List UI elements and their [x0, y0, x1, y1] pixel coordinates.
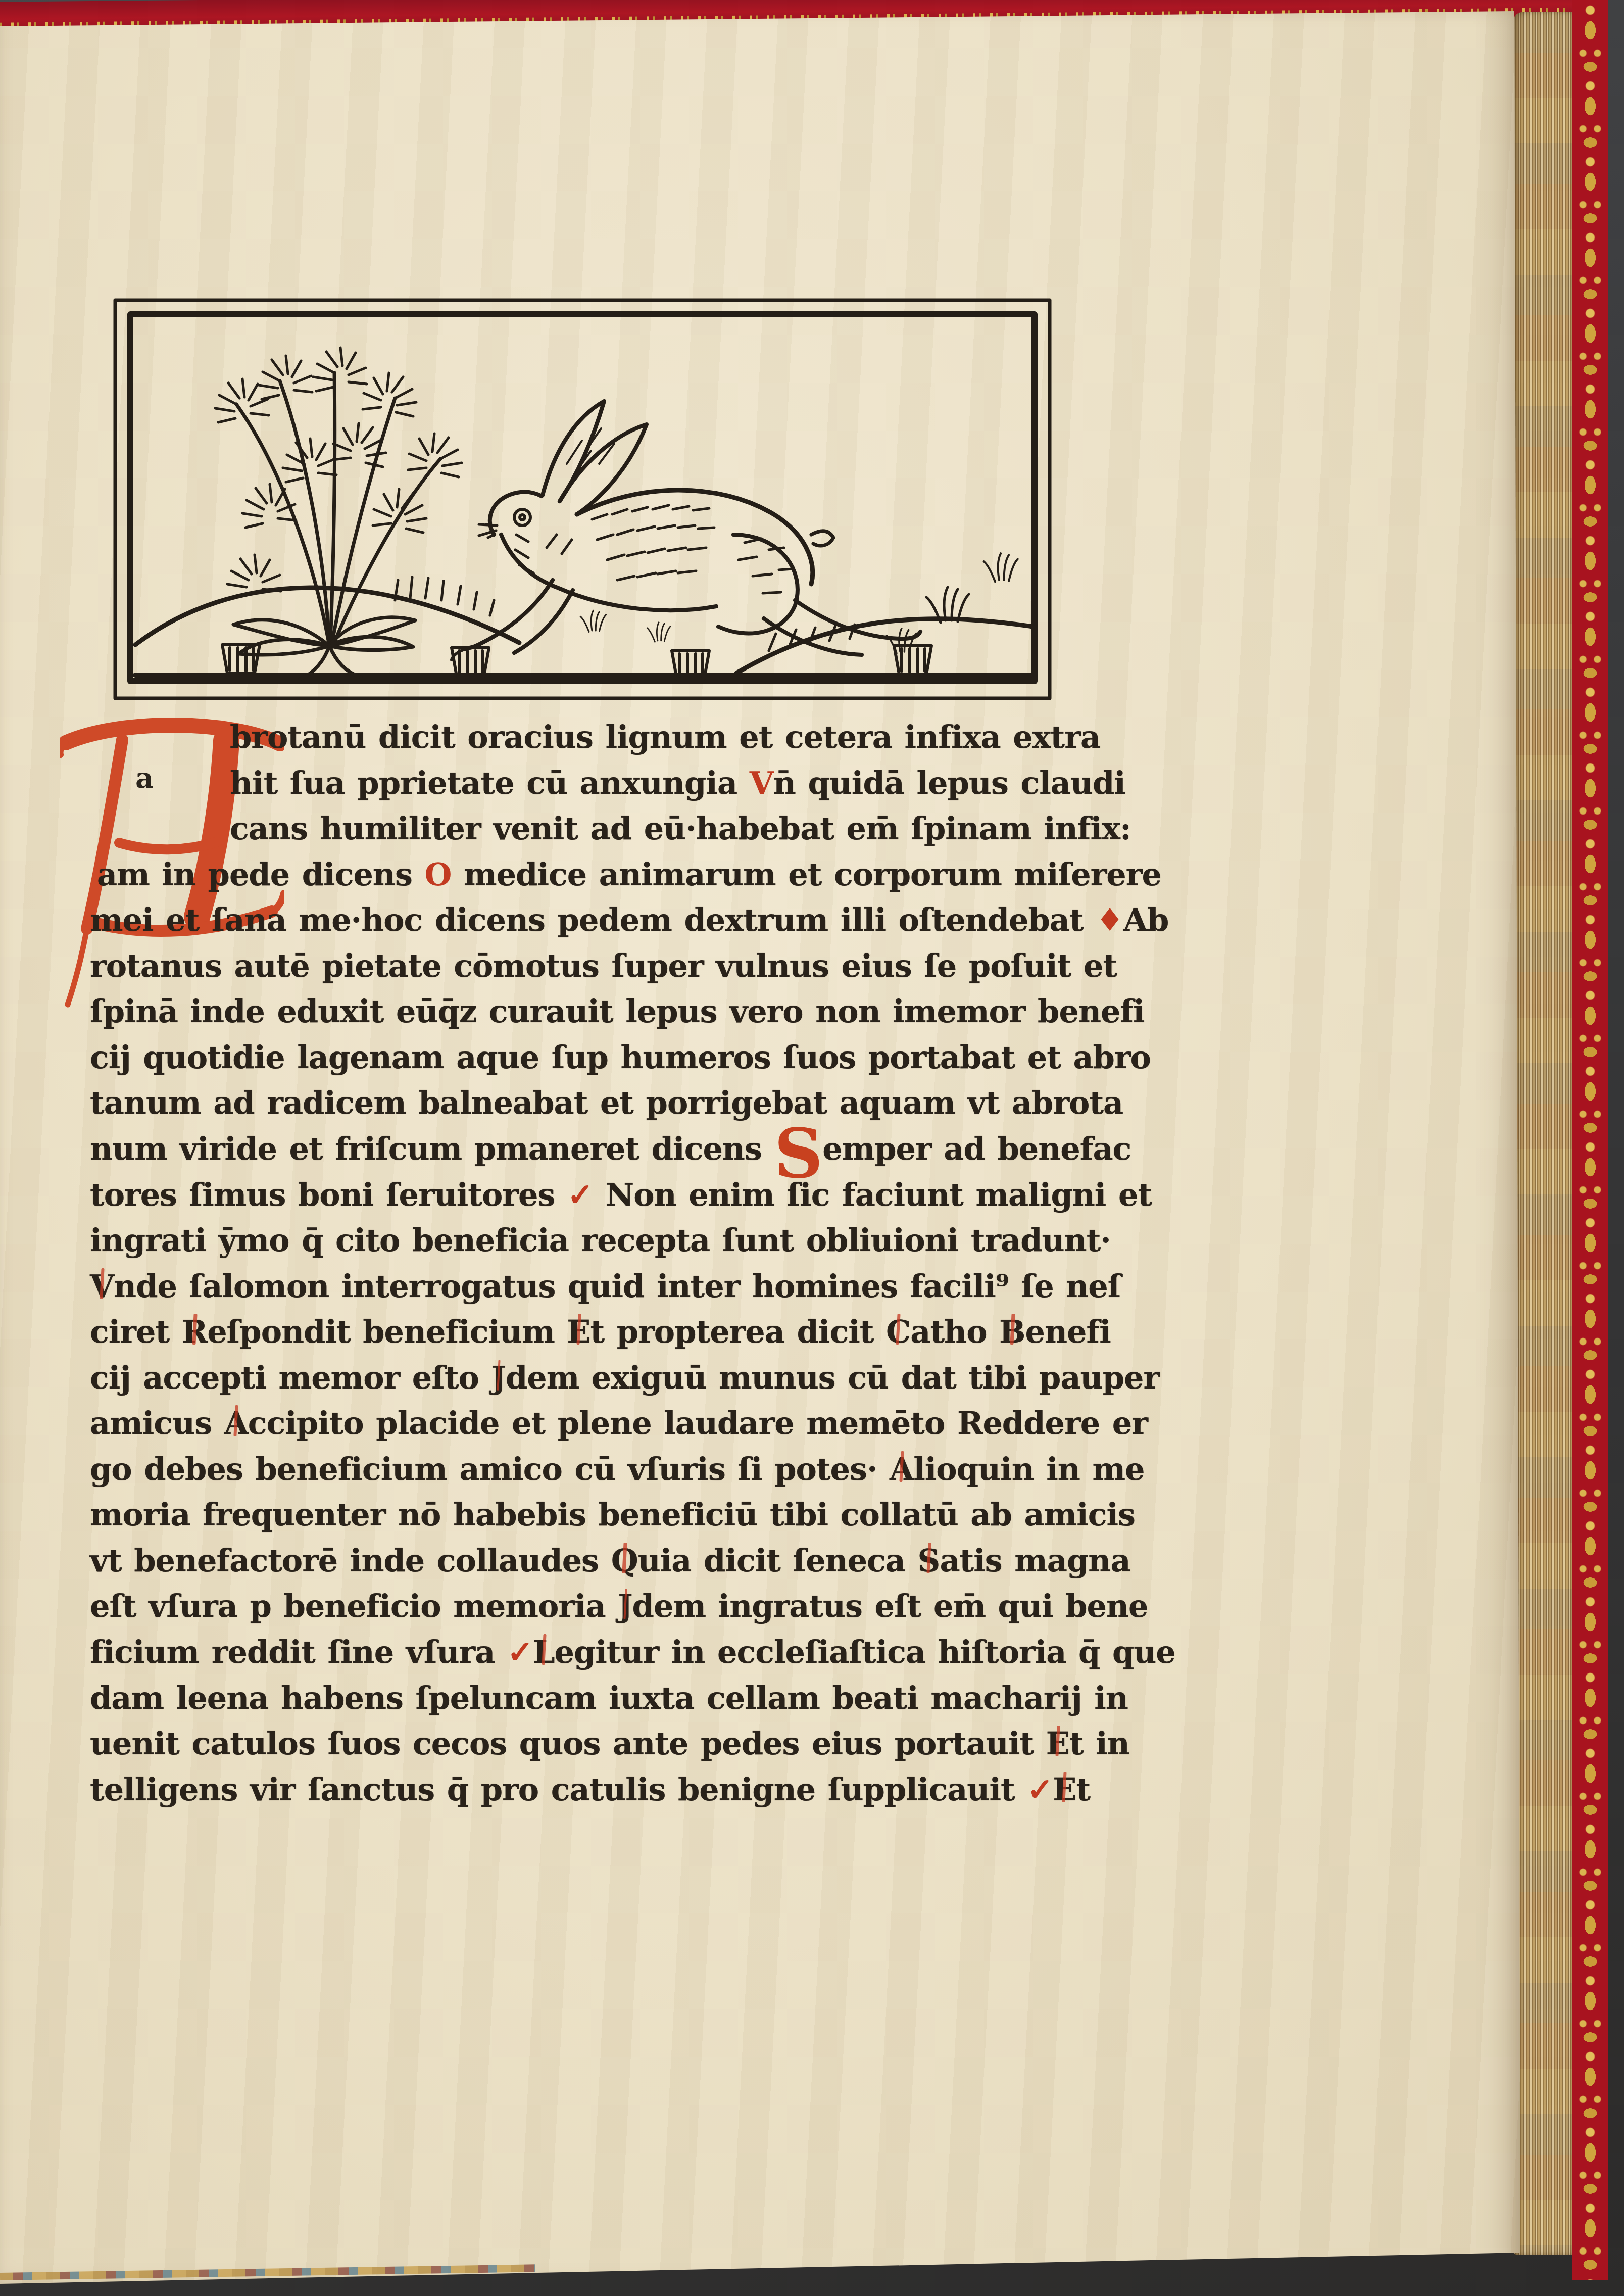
text-line: cij accepti memor eſto Jdem exiguū munus… [90, 1358, 1159, 1398]
line-text: egitur in eccleſiaſtica hiſtoria q̄ que [554, 1634, 1175, 1670]
rubric-mark: R [182, 1312, 208, 1352]
text-line: dam leena habens ſpeluncam iuxta cellam … [90, 1679, 1128, 1718]
text-line: vt benefactorē inde collaudes Quia dicit… [90, 1541, 1130, 1581]
text-line: amicus Accipito placide et plene laudare… [90, 1404, 1148, 1443]
line-text: telligens vir ſanctus q̄ pro catulis ben… [90, 1771, 1027, 1808]
text-block: brotanū dicit oracius lignum et cetera i… [0, 0, 1520, 2296]
line-text: am in pede dicens [97, 856, 424, 893]
text-line: telligens vir ſanctus q̄ pro catulis ben… [90, 1770, 1090, 1809]
line-text: dam leena habens ſpeluncam iuxta cellam … [90, 1680, 1128, 1716]
line-text: cij quotidie lagenam aque ſup humeros ſu… [90, 1039, 1151, 1076]
rubric-mark: S [918, 1541, 940, 1581]
text-line: go debes beneficium amico cū vſuris ſi p… [90, 1450, 1145, 1489]
line-text: ingrati ȳmo q̄ cito beneficia recepta ſu… [90, 1222, 1111, 1259]
line-text: cij accepti memor eſto [90, 1359, 491, 1396]
line-text: Ab [1123, 901, 1168, 938]
line-text: enefi [1025, 1313, 1111, 1350]
rubric-mark: A [224, 1404, 248, 1443]
rubric-mark: A [890, 1450, 913, 1489]
line-text: go debes beneficium amico cū vſuris ſi p… [90, 1451, 890, 1488]
line-text: rotanus autē pietate cōmotus ſuper vulnu… [90, 947, 1117, 984]
line-text: medice animarum et corporum miſerere [451, 856, 1161, 893]
text-line: moria frequenter nō habebis beneficiū ti… [90, 1495, 1135, 1535]
text-line: ſpinā inde eduxit eūq̄z curauit lepus ve… [90, 992, 1145, 1031]
binding-red-strip [1572, 0, 1608, 2280]
line-text: num viride et friſcum pmaneret dicens [90, 1130, 774, 1167]
text-line: mei et ſana me·hoc dicens pedem dextrum … [90, 900, 1168, 940]
rubric-mark: E [1053, 1770, 1076, 1809]
text-line: cans humiliter venit ad eū·habebat em̄ ſ… [230, 809, 1131, 848]
rubric-mark: ♦ [1096, 901, 1123, 938]
line-text: tores ſimus boni ſeruitores [90, 1176, 567, 1213]
line-text: mei et ſana me·hoc dicens pedem dextrum … [90, 901, 1096, 938]
line-text: ccipito placide et plene laudare memēto … [248, 1405, 1148, 1442]
text-line: ficium reddit ſine vſura ✓Legitur in ecc… [90, 1633, 1175, 1672]
rubric-mark: L [533, 1633, 555, 1672]
text-line: tanum ad radicem balneabat et porrigebat… [90, 1083, 1123, 1123]
text-line: cij quotidie lagenam aque ſup humeros ſu… [90, 1038, 1151, 1077]
line-text: eſt vſura p beneficio memoria [90, 1588, 618, 1624]
book-page: a brotanū dicit oracius lignum et cetera… [0, 0, 1520, 2296]
rubric-mark: J [618, 1587, 632, 1626]
line-text: ciret [90, 1313, 182, 1350]
line-text: vt benefactorē inde collaudes [90, 1542, 611, 1579]
line-text: dem exiguū munus cū dat tibi pauper [506, 1359, 1159, 1396]
rubric-mark: E [1046, 1724, 1069, 1763]
text-line: num viride et friſcum pmaneret dicens Se… [90, 1129, 1131, 1169]
line-text: tanum ad radicem balneabat et porrigebat… [90, 1084, 1123, 1121]
rubric-mark: E [567, 1312, 590, 1352]
line-text: atis magna [940, 1542, 1130, 1579]
text-line: eſt vſura p beneficio memoria Jdem ingra… [90, 1587, 1148, 1626]
line-text: dem ingratus eſt em̄ qui bene [632, 1588, 1148, 1624]
photographed-book-page: a brotanū dicit oracius lignum et cetera… [0, 0, 1624, 2296]
text-line: am in pede dicens O medice animarum et c… [97, 855, 1161, 894]
gilt-fore-edge [1513, 12, 1575, 2255]
line-text: t propterea dicit [590, 1313, 886, 1350]
rubric-mark: B [999, 1312, 1025, 1352]
line-text: atho [910, 1313, 999, 1350]
text-line: ingrati ȳmo q̄ cito beneficia recepta ſu… [90, 1221, 1111, 1260]
text-line: brotanū dicit oracius lignum et cetera i… [230, 718, 1100, 757]
line-text: ſpinā inde eduxit eūq̄z curauit lepus ve… [90, 993, 1145, 1030]
text-line: ciret Reſpondit beneficium Et propterea … [90, 1312, 1111, 1352]
line-text: emper ad benefac [822, 1130, 1131, 1167]
line-text: Non enim ſic faciunt maligni et [593, 1176, 1152, 1213]
line-text: brotanū dicit oracius lignum et cetera i… [230, 719, 1100, 755]
rubric-mark: Q [611, 1541, 638, 1581]
text-line: Vnde ſalomon interrogatus quid inter hom… [90, 1267, 1120, 1306]
rubric-mark: O [424, 856, 451, 893]
line-text: hit ſua pprietate cū anxungia [230, 764, 750, 801]
rubric-mark: J [491, 1358, 506, 1398]
line-text: t in [1069, 1725, 1129, 1762]
text-line: hit ſua pprietate cū anxungia Vn̄ quidā … [230, 763, 1125, 803]
line-text: moria frequenter nō habebis beneficiū ti… [90, 1496, 1135, 1533]
line-text: lioquin in me [913, 1451, 1144, 1488]
rubric-mark: C [886, 1312, 910, 1352]
text-line: tores ſimus boni ſeruitores ✓ Non enim ſ… [90, 1175, 1152, 1215]
line-text: uenit catulos ſuos cecos quos ante pedes… [90, 1725, 1046, 1762]
rubric-mark: ✓ [507, 1634, 533, 1670]
line-text: eſpondit beneficium [207, 1313, 567, 1350]
line-text: amicus [90, 1405, 224, 1442]
text-line: uenit catulos ſuos cecos quos ante pedes… [90, 1724, 1129, 1763]
line-text: n̄ quidā lepus claudi [773, 764, 1125, 801]
rubric-mark: ✓ [567, 1176, 593, 1213]
text-line: rotanus autē pietate cōmotus ſuper vulnu… [90, 946, 1117, 986]
line-text: cans humiliter venit ad eū·habebat em̄ ſ… [230, 810, 1131, 847]
rubric-mark: ✓ [1027, 1771, 1053, 1808]
rubric-mark: V [750, 764, 773, 801]
line-text: ficium reddit ſine vſura [90, 1634, 507, 1670]
line-text: nde ſalomon interrogatus quid inter homi… [114, 1268, 1120, 1305]
line-text: uia dicit ſeneca [638, 1542, 918, 1579]
rubric-mark: V [90, 1267, 114, 1306]
line-text: t [1076, 1771, 1090, 1808]
